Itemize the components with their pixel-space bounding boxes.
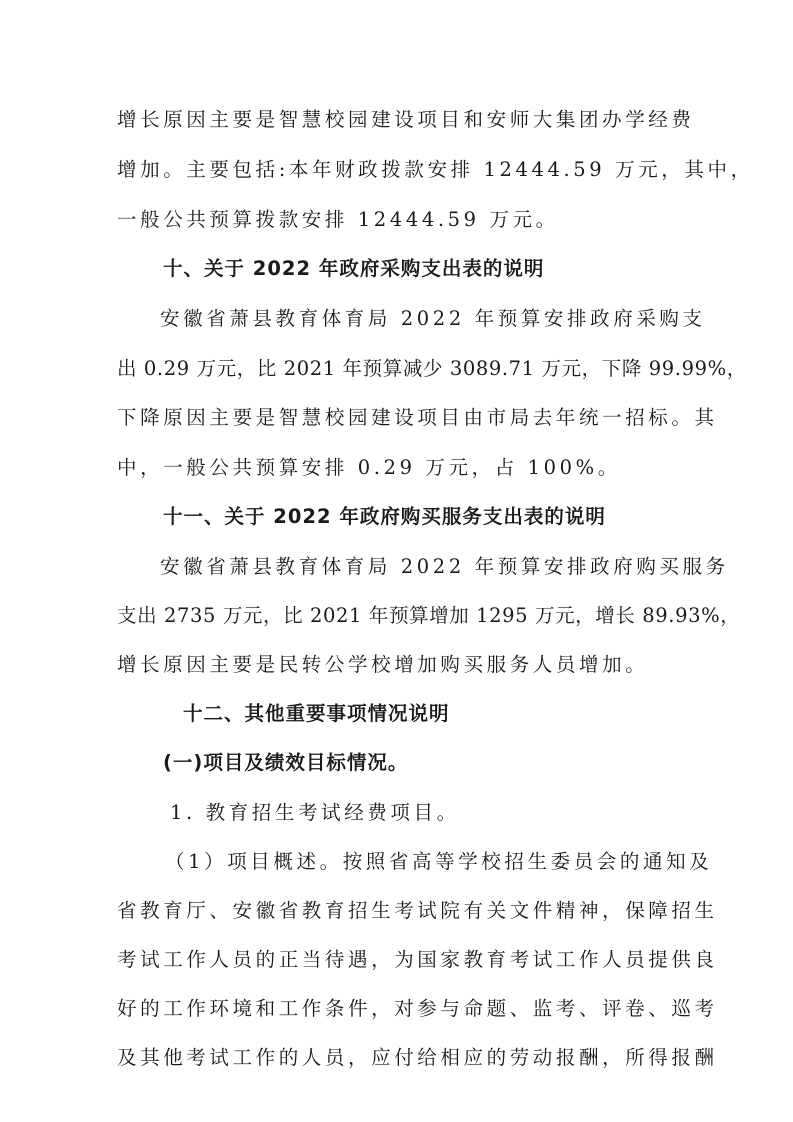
body-line: 增长原因主要是民转公学校增加购买服务人员增加。 <box>117 652 682 678</box>
body-line: 安徽省萧县教育体育局 2022 年预算安排政府采购支 <box>160 306 682 332</box>
subsection-heading: (一)项目及绩效目标情况。 <box>163 750 728 776</box>
body-line: 出 0.29 万元，比 2021 年预算减少 3089.71 万元，下降 99.… <box>117 356 682 382</box>
section-heading-12: 十二、其他重要事项情况说明 <box>183 701 748 727</box>
body-line: 支出 2735 万元，比 2021 年预算增加 1295 万元，增长 89.93… <box>117 603 682 629</box>
body-line: 中，一般公共预算安排 0.29 万元，占 100%。 <box>117 455 682 481</box>
section-heading-10: 十、关于 2022 年政府采购支出表的说明 <box>163 256 728 282</box>
body-line: 好的工作环境和工作条件，对参与命题、监考、评卷、巡考 <box>117 996 682 1022</box>
section-heading-11: 十一、关于 2022 年政府购买服务支出表的说明 <box>163 504 728 530</box>
document-page: 增长原因主要是智慧校园建设项目和安师大集团办学经费 增加。主要包括:本年财政拨款… <box>0 0 793 1122</box>
body-line: 下降原因主要是智慧校园建设项目由市局去年统一招标。其 <box>117 405 682 431</box>
list-item-1: 1. 教育招生考试经费项目。 <box>170 800 682 826</box>
body-line: （1）项目概述。按照省高等学校招生委员会的通知及 <box>165 849 682 875</box>
body-line: 省教育厅、安徽省教育招生考试院有关文件精神，保障招生 <box>117 898 682 924</box>
body-line: 增长原因主要是智慧校园建设项目和安师大集团办学经费 <box>117 107 682 133</box>
body-line: 安徽省萧县教育体育局 2022 年预算安排政府购买服务 <box>160 554 682 580</box>
body-line: 考试工作人员的正当待遇，为国家教育考试工作人员提供良 <box>117 947 682 973</box>
body-line: 增加。主要包括:本年财政拨款安排 12444.59 万元，其中， <box>117 157 682 183</box>
body-line: 及其他考试工作的人员，应付给相应的劳动报酬，所得报酬 <box>117 1045 682 1071</box>
body-line: 一般公共预算拨款安排 12444.59 万元。 <box>117 207 682 233</box>
